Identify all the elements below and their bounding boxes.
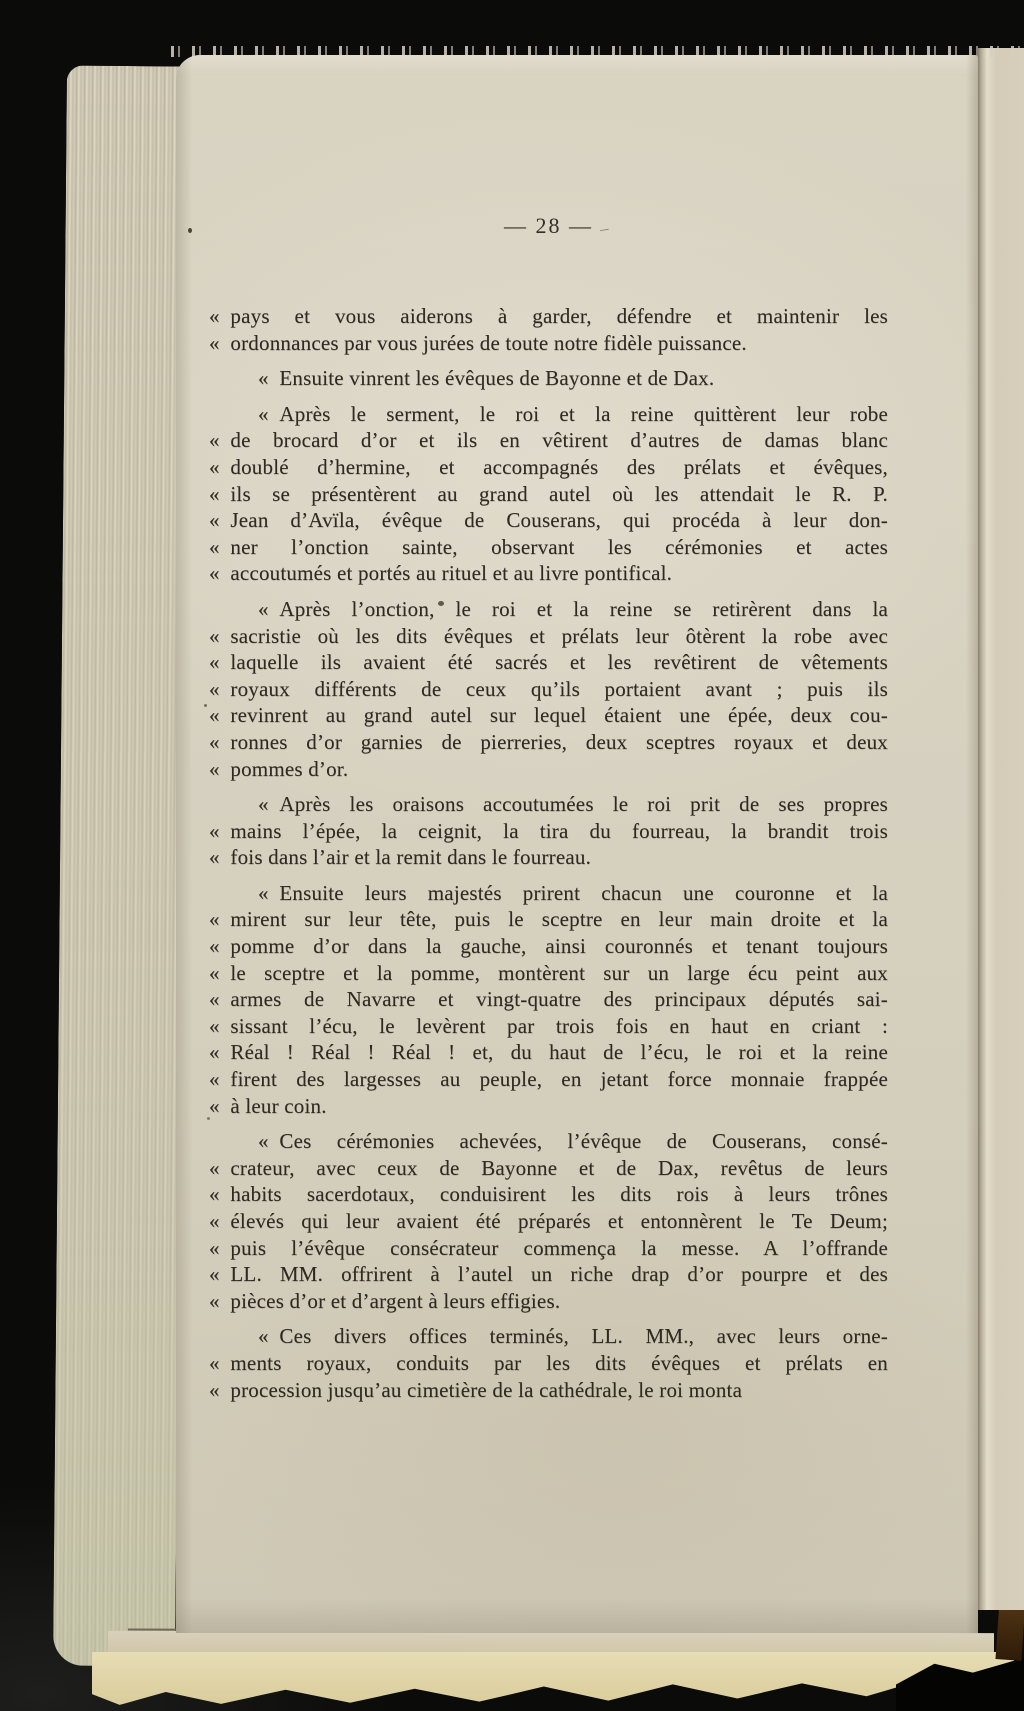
deckle-edge-bottom — [92, 1652, 1014, 1706]
text-line: « ronnes d’or garnies de pierreries, deu… — [209, 729, 888, 756]
scanned-book-photo: — 28 — – « pays et vous aiderons à garde… — [0, 0, 1024, 1711]
text-line: « ments royaux, conduits par les dits év… — [209, 1350, 888, 1377]
text-line: « revinrent au grand autel sur lequel ét… — [209, 702, 888, 729]
text-line: « firent des largesses au peuple, en jet… — [209, 1066, 888, 1093]
text-line: « pommes d’or. — [209, 756, 888, 783]
text-line: « de brocard d’or et ils en vêtirent d’a… — [209, 427, 888, 454]
text-line: « pièces d’or et d’argent à leurs effigi… — [209, 1288, 888, 1315]
text-line: « procession jusqu’au cimetière de la ca… — [209, 1377, 888, 1404]
text-line: « Après les oraisons accoutumées le roi … — [209, 791, 888, 818]
text-line: « mirent sur leur tête, puis le sceptre … — [209, 906, 888, 933]
text-line: « armes de Navarre et vingt-quatre des p… — [209, 986, 888, 1013]
text-line: « fois dans l’air et la remit dans le fo… — [209, 844, 888, 871]
text-line: « mains l’épée, la ceignit, la tira du f… — [209, 818, 888, 845]
paragraph: « pays et vous aiderons à garder, défend… — [209, 303, 888, 356]
paragraph: « Après les oraisons accoutumées le roi … — [209, 791, 888, 871]
text-line: « Ensuite vinrent les évêques de Bayonne… — [209, 365, 888, 392]
paragraph: « Ces cérémonies achevées, l’évêque de C… — [209, 1128, 888, 1314]
book-page: — 28 — – « pays et vous aiderons à garde… — [176, 55, 978, 1633]
text-line: « habits sacerdotaux, conduisirent les d… — [209, 1181, 888, 1208]
paragraph: « Ensuite vinrent les évêques de Bayonne… — [209, 365, 888, 392]
text-line: « ordonnances par vous jurées de toute n… — [209, 330, 888, 357]
text-line: « royaux différents de ceux qu’ils porta… — [209, 676, 888, 703]
text-line: « laquelle ils avaient été sacrés et les… — [209, 649, 888, 676]
text-line: « Ces divers offices terminés, LL. MM., … — [209, 1323, 888, 1350]
text-line: « Après le serment, le roi et la reine q… — [209, 401, 888, 428]
paragraph: « Ensuite leurs majestés prirent chacun … — [209, 880, 888, 1119]
paragraph: « Ces divers offices terminés, LL. MM., … — [209, 1323, 888, 1403]
text-line: « le sceptre et la pomme, montèrent sur … — [209, 960, 888, 987]
text-line: « sissant l’écu, le levèrent par trois f… — [209, 1013, 888, 1040]
text-line: « pays et vous aiderons à garder, défend… — [209, 303, 888, 330]
paper-speck — [204, 704, 207, 707]
paragraph: « Après l’onction, le roi et la reine se… — [209, 596, 888, 782]
text-line: « puis l’évêque consécrateur commença la… — [209, 1235, 888, 1262]
adjacent-page-edge — [978, 48, 1024, 1610]
paper-speck — [188, 228, 192, 233]
text-line: « sacristie où les dits évêques et préla… — [209, 623, 888, 650]
text-line: « crateur, avec ceux de Bayonne et de Da… — [209, 1155, 888, 1182]
paper-speck — [438, 601, 444, 606]
text-block: « pays et vous aiderons à garder, défend… — [209, 303, 888, 1403]
paper-speck — [207, 1117, 210, 1120]
text-line: « Ensuite leurs majestés prirent chacun … — [209, 880, 888, 907]
stray-pen-mark: – — [598, 215, 611, 242]
text-line: « Ces cérémonies achevées, l’évêque de C… — [209, 1128, 888, 1155]
book-fore-edge-stack — [53, 65, 189, 1666]
text-line: « doublé d’hermine, et accompagnés des p… — [209, 454, 888, 481]
text-line: « ner l’onction sainte, observant les cé… — [209, 534, 888, 561]
text-line: « Jean d’Avïla, évêque de Couserans, qui… — [209, 507, 888, 534]
text-line: « pomme d’or dans la gauche, ainsi couro… — [209, 933, 888, 960]
page-header: — 28 — – — [209, 213, 888, 239]
paragraph: « Après le serment, le roi et la reine q… — [209, 401, 888, 587]
text-line: « accoutumés et portés au rituel et au l… — [209, 560, 888, 587]
text-line: « LL. MM. offrirent à l’autel un riche d… — [209, 1261, 888, 1288]
text-line: « Réal ! Réal ! Réal ! et, du haut de l’… — [209, 1039, 888, 1066]
text-line: « élevés qui leur avaient été préparés e… — [209, 1208, 888, 1235]
text-line: « ils se présentèrent au grand autel où … — [209, 481, 888, 508]
text-line: « Après l’onction, le roi et la reine se… — [209, 596, 888, 623]
page-number: — 28 — — [504, 213, 593, 238]
text-line: « à leur coin. — [209, 1093, 888, 1120]
